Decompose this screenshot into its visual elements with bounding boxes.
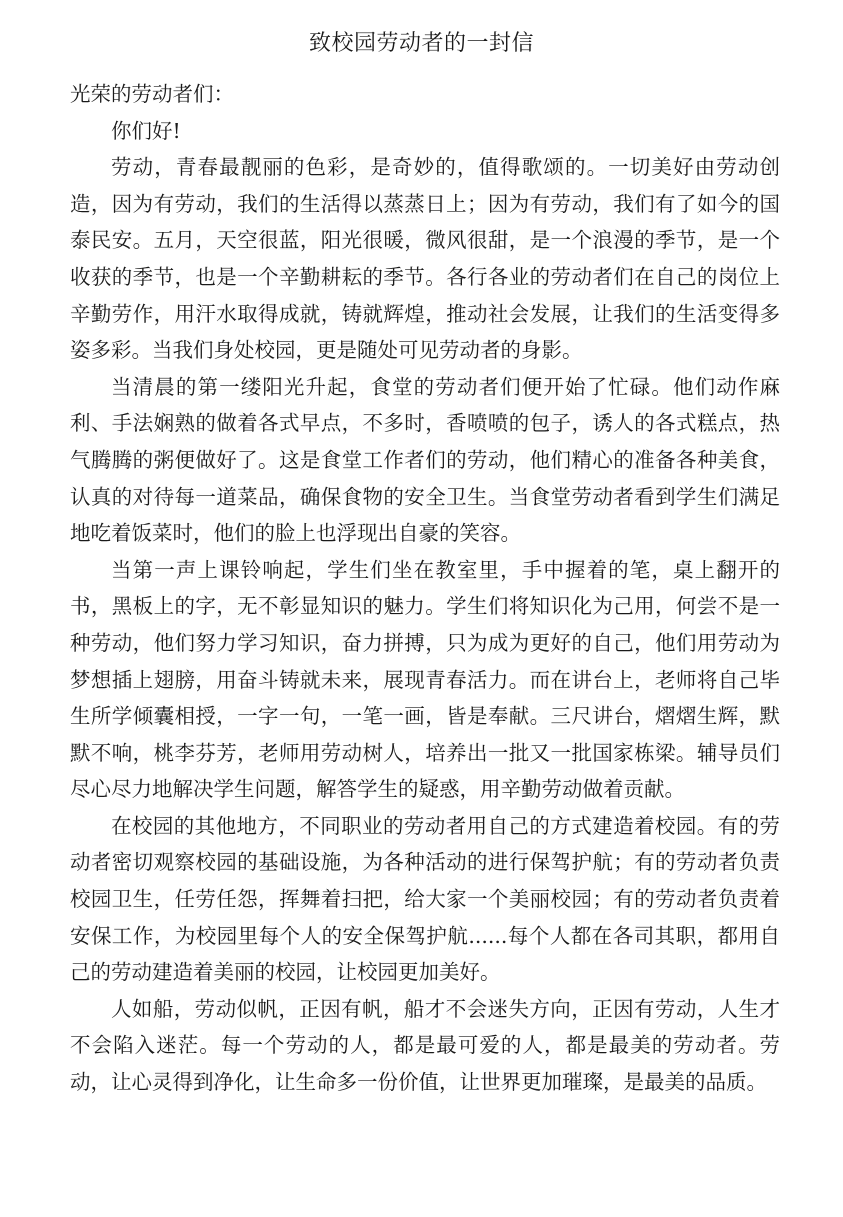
letter-title: 致校园劳动者的一封信 (0, 28, 843, 60)
letter-page: 致校园劳动者的一封信 光荣的劳动者们： 你们好! 劳动，青春最靓丽的色彩，是奇妙… (0, 0, 843, 1217)
paragraph-3: 当第一声上课铃响起，学生们坐在教室里，手中握着的笔，桌上翻开的书，黑板上的字，无… (70, 552, 780, 808)
paragraph-4: 在校园的其他地方，不同职业的劳动者用自己的方式建造着校园。有的劳动者密切观察校园… (70, 808, 780, 991)
letter-body: 光荣的劳动者们： 你们好! 劳动，青春最靓丽的色彩，是奇妙的，值得歌颂的。一切美… (70, 76, 780, 1101)
paragraph-2: 当清晨的第一缕阳光升起，食堂的劳动者们便开始了忙碌。他们动作麻利、手法娴熟的做着… (70, 369, 780, 552)
paragraph-1: 劳动，青春最靓丽的色彩，是奇妙的，值得歌颂的。一切美好由劳动创造，因为有劳动，我… (70, 149, 780, 369)
paragraph-5: 人如船，劳动似帆，正因有帆，船才不会迷失方向，正因有劳动，人生才不会陷入迷茫。每… (70, 991, 780, 1101)
greeting: 你们好! (70, 113, 780, 150)
salutation: 光荣的劳动者们： (70, 76, 780, 113)
